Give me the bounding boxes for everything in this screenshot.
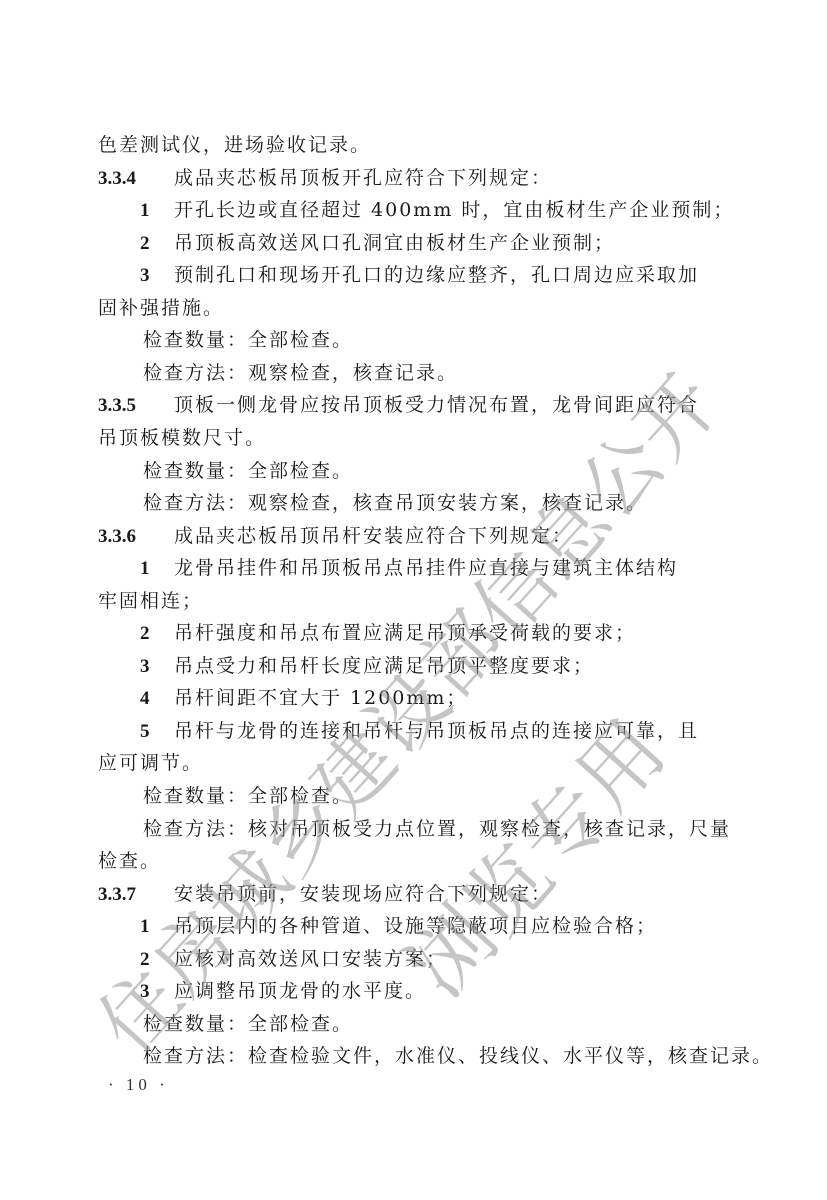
line-text: 成品夹芯板吊顶板开孔应符合下列规定： bbox=[174, 167, 552, 189]
text-line: 应可调节。 bbox=[98, 747, 718, 779]
list-item: 2应核对高效送风口安装方案； bbox=[140, 943, 760, 975]
line-text: 吊顶层内的各种管道、设施等隐蔽项目应检验合格； bbox=[174, 915, 657, 937]
page-number: · 10 · bbox=[108, 1075, 169, 1095]
clause-number: 3.3.5 bbox=[98, 390, 174, 422]
document-page: 色差测试仪，进场验收记录。3.3.4成品夹芯板吊顶板开孔应符合下列规定：1开孔长… bbox=[0, 0, 827, 1200]
text-line: 检查方法：观察检查，核查吊顶安装方案，核查记录。 bbox=[143, 487, 763, 519]
clause-line: 3.3.7安装吊顶前，安装现场应符合下列规定： bbox=[98, 878, 718, 910]
item-number: 1 bbox=[140, 911, 174, 943]
item-number: 3 bbox=[140, 976, 174, 1008]
text-line: 牢固相连； bbox=[98, 585, 718, 617]
item-number: 3 bbox=[140, 651, 174, 683]
line-text: 成品夹芯板吊顶吊杆安装应符合下列规定： bbox=[174, 525, 573, 547]
text-line: 固补强措施。 bbox=[98, 292, 718, 324]
list-item: 4吊杆间距不宜大于 1200mm； bbox=[140, 682, 760, 714]
line-text: 检查数量：全部检查。 bbox=[143, 329, 353, 351]
item-number: 3 bbox=[140, 260, 174, 292]
item-number: 1 bbox=[140, 553, 174, 585]
clause-line: 3.3.4成品夹芯板吊顶板开孔应符合下列规定： bbox=[98, 162, 718, 194]
line-text: 检查方法：观察检查，核查记录。 bbox=[143, 362, 458, 384]
text-line: 检查数量：全部检查。 bbox=[143, 1008, 763, 1040]
line-text: 应核对高效送风口安装方案； bbox=[174, 948, 447, 970]
line-text: 检查方法：检查检验文件，水准仪、投线仪、水平仪等，核查记录。 bbox=[143, 1045, 773, 1067]
text-line: 检查方法：核对吊顶板受力点位置，观察检查，核查记录，尺量 bbox=[143, 813, 763, 845]
text-line: 检查方法：检查检验文件，水准仪、投线仪、水平仪等，核查记录。 bbox=[143, 1040, 763, 1072]
item-number: 5 bbox=[140, 716, 174, 748]
text-line: 色差测试仪，进场验收记录。 bbox=[98, 129, 718, 161]
line-text: 检查数量：全部检查。 bbox=[143, 460, 353, 482]
list-item: 3应调整吊顶龙骨的水平度。 bbox=[140, 975, 760, 1007]
clause-line: 3.3.5顶板一侧龙骨应按吊顶板受力情况布置，龙骨间距应符合 bbox=[98, 389, 718, 421]
list-item: 1开孔长边或直径超过 400mm 时，宜由板材生产企业预制； bbox=[140, 194, 760, 226]
line-text: 吊杆与龙骨的连接和吊杆与吊顶板吊点的连接应可靠，且 bbox=[174, 720, 699, 742]
text-line: 检查数量：全部检查。 bbox=[143, 780, 763, 812]
clause-line: 3.3.6成品夹芯板吊顶吊杆安装应符合下列规定： bbox=[98, 520, 718, 552]
list-item: 5吊杆与龙骨的连接和吊杆与吊顶板吊点的连接应可靠，且 bbox=[140, 715, 760, 747]
text-line: 检查数量：全部检查。 bbox=[143, 324, 763, 356]
list-item: 2吊杆强度和吊点布置应满足吊顶承受荷载的要求； bbox=[140, 617, 760, 649]
line-text: 龙骨吊挂件和吊顶板吊点吊挂件应直接与建筑主体结构 bbox=[174, 557, 678, 579]
line-text: 顶板一侧龙骨应按吊顶板受力情况布置，龙骨间距应符合 bbox=[174, 394, 699, 416]
list-item: 2吊顶板高效送风口孔洞宜由板材生产企业预制； bbox=[140, 227, 760, 259]
text-line: 检查方法：观察检查，核查记录。 bbox=[143, 357, 763, 389]
text-line: 检查数量：全部检查。 bbox=[143, 455, 763, 487]
clause-number: 3.3.6 bbox=[98, 521, 174, 553]
line-text: 开孔长边或直径超过 400mm 时，宜由板材生产企业预制； bbox=[174, 199, 734, 221]
clause-number: 3.3.7 bbox=[98, 879, 174, 911]
item-number: 2 bbox=[140, 228, 174, 260]
line-text: 预制孔口和现场开孔口的边缘应整齐，孔口周边应采取加 bbox=[174, 264, 699, 286]
line-text: 吊顶板高效送风口孔洞宜由板材生产企业预制； bbox=[174, 232, 615, 254]
clause-number: 3.3.4 bbox=[98, 163, 174, 195]
line-text: 吊顶板模数尺寸。 bbox=[98, 427, 266, 449]
line-text: 吊点受力和吊杆长度应满足吊顶平整度要求； bbox=[174, 655, 594, 677]
line-text: 检查数量：全部检查。 bbox=[143, 1013, 353, 1035]
list-item: 3预制孔口和现场开孔口的边缘应整齐，孔口周边应采取加 bbox=[140, 259, 760, 291]
item-number: 2 bbox=[140, 944, 174, 976]
list-item: 1龙骨吊挂件和吊顶板吊点吊挂件应直接与建筑主体结构 bbox=[140, 552, 760, 584]
line-text: 应可调节。 bbox=[98, 752, 203, 774]
list-item: 1吊顶层内的各种管道、设施等隐蔽项目应检验合格； bbox=[140, 910, 760, 942]
line-text: 检查。 bbox=[98, 850, 161, 872]
line-text: 色差测试仪，进场验收记录。 bbox=[98, 134, 371, 156]
text-line: 吊顶板模数尺寸。 bbox=[98, 422, 718, 454]
item-number: 2 bbox=[140, 618, 174, 650]
line-text: 吊杆强度和吊点布置应满足吊顶承受荷载的要求； bbox=[174, 622, 636, 644]
line-text: 牢固相连； bbox=[98, 590, 203, 612]
line-text: 安装吊顶前，安装现场应符合下列规定： bbox=[174, 883, 552, 905]
text-line: 检查。 bbox=[98, 845, 718, 877]
line-text: 吊杆间距不宜大于 1200mm； bbox=[174, 687, 467, 709]
list-item: 3吊点受力和吊杆长度应满足吊顶平整度要求； bbox=[140, 650, 760, 682]
line-text: 检查数量：全部检查。 bbox=[143, 785, 353, 807]
item-number: 1 bbox=[140, 195, 174, 227]
line-text: 检查方法：核对吊顶板受力点位置，观察检查，核查记录，尺量 bbox=[143, 818, 731, 840]
line-text: 检查方法：观察检查，核查吊顶安装方案，核查记录。 bbox=[143, 492, 647, 514]
item-number: 4 bbox=[140, 683, 174, 715]
line-text: 应调整吊顶龙骨的水平度。 bbox=[174, 980, 426, 1002]
line-text: 固补强措施。 bbox=[98, 297, 224, 319]
